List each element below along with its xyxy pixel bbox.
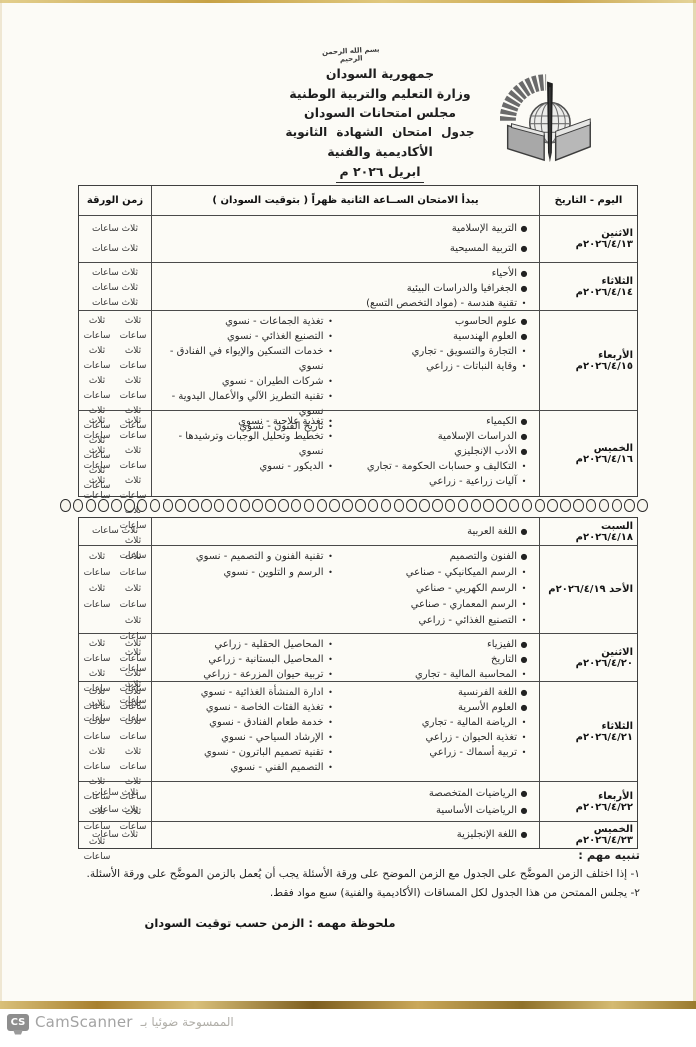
col-header-paper-time: زمن الورقة (79, 186, 151, 215)
duration-column-left: ثلاث ساعاتثلاث ساعاتثلاث ساعات (79, 634, 115, 681)
perforation-circle (458, 499, 469, 512)
duration-label: ثلاث ساعات (115, 715, 151, 745)
subject-item: •خدمة طعام الفنادق - نسوي (154, 715, 338, 730)
camscanner-brand: CamScanner (35, 1013, 133, 1031)
subject-bullet-icon: • (324, 344, 338, 359)
subject-bullet-icon: ● (517, 429, 531, 444)
council-emblem-logo (500, 68, 596, 164)
duration-column-right: ثلاث ساعاتثلاث ساعاتثلاث ساعاتثلاث ساعات… (115, 411, 151, 496)
duration-label: ثلاث ساعات (79, 444, 115, 474)
subject-bullet-icon: ● (517, 652, 531, 667)
subject-label: العلوم الأسرية (458, 700, 517, 715)
perforation-circle (73, 499, 84, 512)
perforation-circle (586, 499, 597, 512)
important-note: ملحوظة مهمه : الزمن حسب توقيت السودان (138, 916, 402, 930)
subject-label: الرسم الميكانيكي - صناعي (406, 565, 517, 581)
subjects-cell: ●اللغة الإنجليزية (151, 822, 539, 848)
perforation-circle (445, 499, 456, 512)
subject-item: ●التربية المسيحية (348, 239, 532, 259)
perforation-circle (535, 499, 546, 512)
day-date-label: الأحد ٢٠٢٦/٤/١٩م (548, 584, 633, 595)
subject-label: الأحياء (492, 266, 517, 281)
duration-column-left: ثلاث ساعاتثلاث ساعاتثلاث ساعاتثلاث ساعات… (79, 311, 115, 410)
subject-bullet-icon: • (517, 597, 531, 613)
subject-item: ●التربية الإسلامية (348, 219, 532, 239)
paper-time-cell: ثلاث ساعاتثلاث ساعاتثلاث ساعاتثلاث ساعات… (79, 546, 151, 633)
day-date-label: الخميس ٢٠٢٦/٤/١٦م (544, 443, 633, 465)
duration-label: ثلاث ساعات (79, 414, 115, 444)
subject-label: التكاليف و حسابات الحكومة - تجاري (367, 459, 517, 474)
subject-label: ادارة المنشأة الغذائية - نسوي (201, 685, 324, 700)
paper-time-cell: ثلاث ساعات (79, 518, 151, 545)
day-date-cell: الثلاثاء ٢٠٢٦/٤/١٤م (539, 263, 637, 310)
camscanner-watermark: CS CamScanner الممسوحة ضوئيا بـ (7, 1013, 234, 1031)
subject-bullet-icon: • (324, 549, 338, 565)
perforation-circle (265, 499, 276, 512)
subjects-cell: ●الفيزياء●التاريخ•المحاسبة المالية - تجا… (151, 634, 539, 681)
subject-item: ●الفيزياء (348, 637, 532, 652)
subject-bullet-icon: • (324, 700, 338, 715)
perforation-circle (612, 499, 623, 512)
subject-label: التربية المسيحية (450, 239, 517, 259)
subjects-cell: ●الكيمياء●الدراسات الإسلامية●الأدب الإنج… (151, 411, 539, 496)
perforation-circle (317, 499, 328, 512)
camscanner-logo: CS (7, 1014, 29, 1031)
day-date-label: الأربعاء ٢٠٢٦/٤/١٥م (544, 350, 633, 372)
perforation-circle (175, 499, 186, 512)
subject-item: •شركات الطيران - نسوي (154, 374, 338, 389)
duration-label: ثلاث ساعات (79, 637, 115, 667)
paper-time-cell: ثلاث ساعاتثلاث ساعات (79, 216, 151, 262)
paper-time-cell: ثلاث ساعاتثلاث ساعاتثلاث ساعاتثلاث ساعات… (79, 634, 151, 681)
subjects-column-right: ●علوم الحاسوب●العلوم الهندسية•التجارة وا… (346, 311, 540, 410)
subject-item: •التكاليف و حسابات الحكومة - تجاري (348, 459, 532, 474)
subject-item: ●الرياضيات المتخصصة (348, 785, 532, 802)
subject-label: تربية أسماك - زراعي (429, 745, 517, 760)
duration-label: ثلاث ساعات (115, 549, 151, 581)
subject-item: •الرسم الكهربي - صناعي (348, 581, 532, 597)
duration-label: ثلاث ساعات (79, 344, 115, 374)
subject-label: خدمة طعام الفنادق - نسوي (209, 715, 323, 730)
duration-column-right: ثلاث ساعاتثلاث ساعاتثلاث ساعاتثلاث ساعات… (115, 546, 151, 633)
subject-label: وقاية النباتات - زراعي (426, 359, 517, 374)
subject-bullet-icon: • (517, 581, 531, 597)
subjects-column-left: •تقنية الفنون و التصميم - نسوي•الرسم و ا… (152, 546, 346, 633)
subject-item: ●الأدب الإنجليزي (348, 444, 532, 459)
col-header-exam-start: يبدأ الامتحان الســاعة الثانية ظهراً ( ب… (151, 186, 539, 215)
duration-label: ثلاث ساعات (115, 637, 151, 667)
subjects-cell: ●الرياضيات المتخصصة●الرياضيات الأساسية (151, 782, 539, 821)
subjects-column-right: ●التربية الإسلامية●التربية المسيحية (346, 216, 540, 262)
subject-item: •الرياضة المالية - تجاري (348, 715, 532, 730)
notice-item-2: ٢- يجلس الممتحن من هذا الجدول لكل المساق… (40, 884, 640, 903)
subject-bullet-icon: • (324, 459, 338, 474)
subjects-cell: ●الفنون والتصميم•الرسم الميكانيكي - صناع… (151, 546, 539, 633)
subjects-cell: ●الأحياء●الجغرافيا والدراسات البيئية•تقن… (151, 263, 539, 310)
duration-label: ثلاث ساعات (79, 521, 151, 542)
perforation-circle (227, 499, 238, 512)
day-date-cell: الاثنين ٢٠٢٦/٤/٢٠م (539, 634, 637, 681)
perforation-circle (573, 499, 584, 512)
subject-bullet-icon: • (324, 374, 338, 389)
subject-label: تخطيط وتحليل الوجبات وترشيدها - نسوي (154, 429, 324, 459)
subject-item: •تخطيط وتحليل الوجبات وترشيدها - نسوي (154, 429, 338, 459)
subjects-column-left (152, 518, 346, 545)
subject-bullet-icon: • (517, 745, 531, 760)
subject-bullet-icon: • (324, 329, 338, 344)
subjects-column-left: •ادارة المنشأة الغذائية - نسوي•تغذية الف… (152, 682, 346, 781)
subject-label: الديكور - نسوي (259, 459, 323, 474)
subject-item: •تقنية هندسة - (مواد التخصص التسع) (348, 296, 532, 311)
subject-bullet-icon: • (324, 429, 338, 444)
subject-bullet-icon: • (324, 389, 338, 404)
subject-label: الرسم الكهربي - صناعي (416, 581, 517, 597)
subject-bullet-icon: • (517, 459, 531, 474)
paper-time-cell: ثلاث ساعات (79, 822, 151, 848)
subject-label: علوم الحاسوب (455, 314, 517, 329)
day-date-cell: الخميس ٢٠٢٦/٤/٢٣م (539, 822, 637, 848)
perforation-circle (291, 499, 302, 512)
subject-item: •الرسم المعماري - صناعي (348, 597, 532, 613)
subject-bullet-icon: • (324, 565, 338, 581)
subject-bullet-icon: ● (517, 637, 531, 652)
table-row: الأربعاء ٢٠٢٦/٤/٢٢م●الرياضيات المتخصصة●ا… (79, 782, 637, 822)
camscanner-bar: CS CamScanner الممسوحة ضوئيا بـ (0, 1009, 696, 1047)
perforation-circle (419, 499, 430, 512)
perforation-circle (98, 499, 109, 512)
paper-time-cell: ثلاث ساعاتثلاث ساعاتثلاث ساعاتثلاث ساعات… (79, 411, 151, 496)
subject-bullet-icon: • (517, 474, 531, 489)
paper-top-edge (0, 0, 696, 3)
subject-item: •آليات زراعية - زراعي (348, 474, 532, 489)
subjects-column-right: ●الفنون والتصميم•الرسم الميكانيكي - صناع… (346, 546, 540, 633)
duration-label: ثلاث ساعات (79, 296, 151, 311)
subjects-column-right: ●الرياضيات المتخصصة●الرياضيات الأساسية (346, 782, 540, 821)
perforation-circle (188, 499, 199, 512)
day-date-cell: الثلاثاء ٢٠٢٦/٤/٢١م (539, 682, 637, 781)
duration-label: ثلاث ساعات (79, 715, 115, 745)
perforation-circle (342, 499, 353, 512)
perforation-circle (111, 499, 122, 512)
subjects-column-right: ●الأحياء●الجغرافيا والدراسات البيئية•تقن… (346, 263, 540, 310)
subject-bullet-icon: • (517, 613, 531, 629)
subject-bullet-icon: • (324, 760, 338, 775)
paper-time-cell: ثلاث ساعاتثلاث ساعاتثلاث ساعاتثلاث ساعات… (79, 682, 151, 781)
paper-time-cell: ثلاث ساعاتثلاث ساعاتثلاث ساعاتثلاث ساعات… (79, 311, 151, 410)
subject-bullet-icon: • (517, 344, 531, 359)
duration-label: ثلاث ساعات (79, 549, 115, 581)
paper-time-cell: ثلاث ساعاتثلاث ساعاتثلاث ساعات (79, 263, 151, 310)
day-date-cell: الخميس ٢٠٢٦/٤/١٦م (539, 411, 637, 496)
duration-label: ثلاث ساعات (79, 581, 115, 613)
subject-bullet-icon: ● (517, 314, 531, 329)
table-row: الثلاثاء ٢٠٢٦/٤/٢١م●اللغة الفرنسية●العلو… (79, 682, 637, 782)
subject-label: الرياضيات المتخصصة (429, 785, 517, 802)
subject-label: المحاسبة المالية - تجاري (415, 667, 517, 682)
subjects-cell: ●علوم الحاسوب●العلوم الهندسية•التجارة وا… (151, 311, 539, 410)
subject-item: •تربية أسماك - زراعي (348, 745, 532, 760)
perforation-circle (406, 499, 417, 512)
subject-bullet-icon: • (517, 359, 531, 374)
subject-item: ●العلوم الأسرية (348, 700, 532, 715)
perforation-circle (201, 499, 212, 512)
perforation-strip (60, 495, 648, 516)
duration-label: ثلاث ساعات (115, 374, 151, 404)
subject-item: •تغذية الفئات الخاصة - نسوي (154, 700, 338, 715)
subjects-column-left: •تغذية علاجية - نسوي•تخطيط وتحليل الوجبا… (152, 411, 346, 496)
subjects-column-left: •المحاصيل الحقلية - زراعي•المحاصيل البست… (152, 634, 346, 681)
subject-item: ●الكيمياء (348, 414, 532, 429)
org-ministry: وزارة التعليم والتربية الوطنية (253, 84, 507, 104)
subject-bullet-icon: ● (517, 281, 531, 296)
perforation-circle (624, 499, 635, 512)
subject-item: •تغذية الحيوان - زراعي (348, 730, 532, 745)
subjects-column-right: ●اللغة العربية (346, 518, 540, 545)
duration-label: ثلاث ساعات (79, 239, 151, 259)
subject-label: اللغة العربية (467, 521, 517, 542)
duration-column-right: ثلاث ساعاتثلاث ساعات (79, 216, 151, 262)
subject-item: ●الأحياء (348, 266, 532, 281)
perforation-circle (137, 499, 148, 512)
perforation-circle (471, 499, 482, 512)
subject-label: الرياضيات الأساسية (436, 802, 517, 819)
duration-label: ثلاث ساعات (115, 344, 151, 374)
subject-item: ●التاريخ (348, 652, 532, 667)
table-row: الأربعاء ٢٠٢٦/٤/١٥م●علوم الحاسوب●العلوم … (79, 311, 637, 411)
exam-table-lower: السبت ٢٠٢٦/٤/١٨م●اللغة العربيةثلاث ساعات… (78, 517, 638, 849)
subject-bullet-icon: ● (517, 825, 531, 845)
subject-label: تقنية هندسة - (مواد التخصص التسع) (366, 296, 517, 311)
subject-item: ●اللغة العربية (348, 521, 532, 542)
day-date-cell: الأربعاء ٢٠٢٦/٤/٢٢م (539, 782, 637, 821)
org-country: جمهورية السودان (253, 64, 507, 84)
subject-item: •خدمات التسكين والإيواء في الفنادق - نسو… (154, 344, 338, 374)
subject-label: الفيزياء (487, 637, 517, 652)
subject-bullet-icon: ● (517, 219, 531, 239)
duration-label: ثلاث ساعات (115, 745, 151, 775)
subjects-cell: ●التربية الإسلامية●التربية المسيحية (151, 216, 539, 262)
table-row: الأحد ٢٠٢٦/٤/١٩م●الفنون والتصميم•الرسم ا… (79, 546, 637, 634)
notice-item-1: ١- إذا اختلف الزمن الموضَّح على الجدول م… (40, 865, 640, 884)
subject-label: تقنية الفنون و التصميم - نسوي (196, 549, 324, 565)
schedule-month: ابريل ٢٠٢٦ م (253, 162, 507, 184)
subject-bullet-icon: ● (517, 414, 531, 429)
subject-item: •ادارة المنشأة الغذائية - نسوي (154, 685, 338, 700)
day-date-cell: الأحد ٢٠٢٦/٤/١٩م (539, 546, 637, 633)
exam-table-upper: اليوم - التاريخيبدأ الامتحان الســاعة ال… (78, 185, 638, 497)
perforation-circle (496, 499, 507, 512)
subject-item: •المحاصيل الحقلية - زراعي (154, 637, 338, 652)
subject-label: التاريخ (491, 652, 517, 667)
subjects-column-right: ●الكيمياء●الدراسات الإسلامية●الأدب الإنج… (346, 411, 540, 496)
org-council: مجلس امتحانات السودان (253, 103, 507, 123)
subject-label: الرسم و التلوين - نسوي (224, 565, 324, 581)
perforation-circle (304, 499, 315, 512)
duration-column-right: ثلاث ساعاتثلاث ساعاتثلاث ساعات (115, 634, 151, 681)
subject-bullet-icon: • (517, 730, 531, 745)
perforation-circle (278, 499, 289, 512)
subject-item: •المحاصيل البستانية - زراعي (154, 652, 338, 667)
subject-bullet-icon: ● (517, 266, 531, 281)
subject-bullet-icon: ● (517, 785, 531, 802)
duration-column-left: ثلاث ساعاتثلاث ساعاتثلاث ساعات (79, 411, 115, 496)
subject-label: المحاصيل البستانية - زراعي (208, 652, 323, 667)
subject-bullet-icon: ● (517, 549, 531, 565)
subject-item: •تربية حيوان المزرعة - زراعي (154, 667, 338, 682)
perforation-circle (329, 499, 340, 512)
duration-column-right: ثلاث ساعاتثلاث ساعاتثلاث ساعاتثلاث ساعات… (115, 682, 151, 781)
perforation-circle (394, 499, 405, 512)
camscanner-logo-flag (13, 1030, 23, 1035)
subject-bullet-icon: • (324, 314, 338, 329)
table-row: الاثنين ٢٠٢٦/٤/٢٠م●الفيزياء●التاريخ•المح… (79, 634, 637, 682)
subject-label: شركات الطيران - نسوي (222, 374, 324, 389)
subject-label: تغذية الفئات الخاصة - نسوي (206, 700, 324, 715)
subject-item: ●الفنون والتصميم (348, 549, 532, 565)
subject-bullet-icon: • (324, 652, 338, 667)
subject-label: الإرشاد السياحي - نسوي (221, 730, 323, 745)
perforation-circle (509, 499, 520, 512)
duration-column-right: ثلاث ساعات (79, 518, 151, 545)
subjects-column-left: •تغذية الجماعات - نسوي•التصنيع الغذائي -… (152, 311, 346, 410)
footer-notes: تنبيه مهم : ١- إذا اختلف الزمن الموضَّح … (40, 848, 640, 903)
duration-label: ثلاث ساعات (79, 785, 151, 802)
perforation-circle (150, 499, 161, 512)
subject-label: تغذية الجماعات - نسوي (225, 314, 323, 329)
perforation-circle (355, 499, 366, 512)
subject-label: اللغة الإنجليزية (457, 825, 517, 845)
subject-item: •التصنيع الغذائي - زراعي (348, 613, 532, 629)
subject-label: تربية حيوان المزرعة - زراعي (203, 667, 323, 682)
subject-label: الأدب الإنجليزي (454, 444, 517, 459)
subjects-cell: ●اللغة العربية (151, 518, 539, 545)
duration-label: ثلاث ساعات (79, 685, 115, 715)
day-date-label: السبت ٢٠٢٦/٤/١٨م (544, 521, 633, 543)
perforation-circle (60, 499, 71, 512)
subject-item: ●الجغرافيا والدراسات البيئية (348, 281, 532, 296)
subject-label: العلوم الهندسية (453, 329, 517, 344)
subject-item: •التجارة والتسويق - تجاري (348, 344, 532, 359)
day-date-label: الخميس ٢٠٢٦/٤/٢٣م (544, 824, 633, 846)
duration-column-right: ثلاث ساعاتثلاث ساعات (79, 782, 151, 821)
subject-bullet-icon: • (324, 685, 338, 700)
subject-bullet-icon: ● (517, 802, 531, 819)
subject-label: الفنون والتصميم (450, 549, 517, 565)
perforation-circle (599, 499, 610, 512)
subject-bullet-icon: • (324, 730, 338, 745)
subject-bullet-icon: • (324, 414, 338, 429)
schedule-title: جدول امتحان الشهادة الثانوية (253, 123, 507, 143)
bismillah-calligraphy: بسم الله الرحمن الرحيم (316, 45, 387, 65)
duration-label: ثلاث ساعات (79, 745, 115, 775)
subject-item: •تقنية الفنون و التصميم - نسوي (154, 549, 338, 565)
duration-label: ثلاث ساعات (79, 266, 151, 281)
subject-label: الدراسات الإسلامية (438, 429, 517, 444)
day-date-label: الأربعاء ٢٠٢٦/٤/٢٢م (544, 791, 633, 813)
duration-label: ثلاث ساعات (79, 802, 151, 819)
duration-label: ثلاث ساعات (115, 444, 151, 474)
subjects-column-right: ●اللغة الفرنسية●العلوم الأسرية•الرياضة ا… (346, 682, 540, 781)
perforation-circle (124, 499, 135, 512)
paper-left-edge (0, 0, 2, 1008)
subject-label: الرسم المعماري - صناعي (411, 597, 517, 613)
subject-item: ●اللغة الإنجليزية (348, 825, 532, 845)
perforation-circle (547, 499, 558, 512)
subject-item: ●علوم الحاسوب (348, 314, 532, 329)
subject-item: ●الدراسات الإسلامية (348, 429, 532, 444)
subject-label: تقنية تصميم الباترون - نسوي (204, 745, 324, 760)
day-date-cell: الأربعاء ٢٠٢٦/٤/١٥م (539, 311, 637, 410)
subjects-cell: ●اللغة الفرنسية●العلوم الأسرية•الرياضة ا… (151, 682, 539, 781)
subject-label: الجغرافيا والدراسات البيئية (407, 281, 517, 296)
table-header-row: اليوم - التاريخيبدأ الامتحان الســاعة ال… (79, 186, 637, 216)
subject-bullet-icon: ● (517, 685, 531, 700)
subject-item: ●الرياضيات الأساسية (348, 802, 532, 819)
subject-label: تغذية الحيوان - زراعي (426, 730, 517, 745)
subject-label: التصنيع الغذائي - نسوي (227, 329, 324, 344)
subject-bullet-icon: • (324, 667, 338, 682)
subject-item: •الرسم الميكانيكي - صناعي (348, 565, 532, 581)
subject-bullet-icon: • (324, 715, 338, 730)
subject-bullet-icon: ● (517, 521, 531, 542)
subject-item: ●اللغة الفرنسية (348, 685, 532, 700)
subject-bullet-icon: • (517, 565, 531, 581)
duration-label: ثلاث ساعات (79, 825, 151, 845)
table-row: الخميس ٢٠٢٦/٤/١٦م●الكيمياء●الدراسات الإس… (79, 411, 637, 496)
table-row: الاثنين ٢٠٢٦/٤/١٣م●التربية الإسلامية●الت… (79, 216, 637, 263)
subject-item: •وقاية النباتات - زراعي (348, 359, 532, 374)
duration-label: ثلاث ساعات (79, 281, 151, 296)
subject-label: المحاصيل الحقلية - زراعي (214, 637, 323, 652)
day-date-cell: الاثنين ٢٠٢٦/٤/١٣م (539, 216, 637, 262)
subjects-column-left (152, 822, 346, 848)
subject-item: •الديكور - نسوي (154, 459, 338, 474)
subjects-column-right: ●الفيزياء●التاريخ•المحاسبة المالية - تجا… (346, 634, 540, 681)
duration-column-right: ثلاث ساعات (79, 822, 151, 848)
subject-item: ●العلوم الهندسية (348, 329, 532, 344)
subject-bullet-icon: ● (517, 444, 531, 459)
perforation-circle (368, 499, 379, 512)
subject-label: التصميم الفني - نسوي (230, 760, 323, 775)
paper-time-cell: ثلاث ساعاتثلاث ساعات (79, 782, 151, 821)
subject-bullet-icon: • (517, 715, 531, 730)
subject-label: تغذية علاجية - نسوي (238, 414, 323, 429)
perforation-circle (252, 499, 263, 512)
subject-label: خدمات التسكين والإيواء في الفنادق - نسوي (154, 344, 324, 374)
table-row: السبت ٢٠٢٦/٤/١٨م●اللغة العربيةثلاث ساعات (79, 518, 637, 546)
subject-label: التربية الإسلامية (452, 219, 517, 239)
duration-column-left: ثلاث ساعاتثلاث ساعات (79, 546, 115, 633)
day-date-label: الاثنين ٢٠٢٦/٤/١٣م (544, 228, 633, 250)
subject-label: آليات زراعية - زراعي (429, 474, 517, 489)
perforation-circle (483, 499, 494, 512)
day-date-label: الاثنين ٢٠٢٦/٤/٢٠م (544, 647, 633, 669)
col-header-day-date: اليوم - التاريخ (539, 186, 637, 215)
day-date-label: الثلاثاء ٢٠٢٦/٤/٢١م (544, 721, 633, 743)
duration-label: ثلاث ساعات (115, 314, 151, 344)
subject-item: •التصميم الفني - نسوي (154, 760, 338, 775)
subject-bullet-icon: ● (517, 329, 531, 344)
perforation-circle (560, 499, 571, 512)
paper-bottom-edge (0, 1001, 696, 1009)
subjects-column-left (152, 782, 346, 821)
subject-item: •تقنية تصميم الباترون - نسوي (154, 745, 338, 760)
schedule-subtitle: الأكاديمية والفنية (253, 142, 507, 162)
scanned-exam-schedule-page: بسم الله الرحمن الرحيم جمهورية السودان و… (0, 0, 696, 1047)
subjects-column-right: ●اللغة الإنجليزية (346, 822, 540, 848)
table-row: الخميس ٢٠٢٦/٤/٢٣م●اللغة الإنجليزيةثلاث س… (79, 822, 637, 848)
duration-label: ثلاث ساعات (115, 581, 151, 613)
